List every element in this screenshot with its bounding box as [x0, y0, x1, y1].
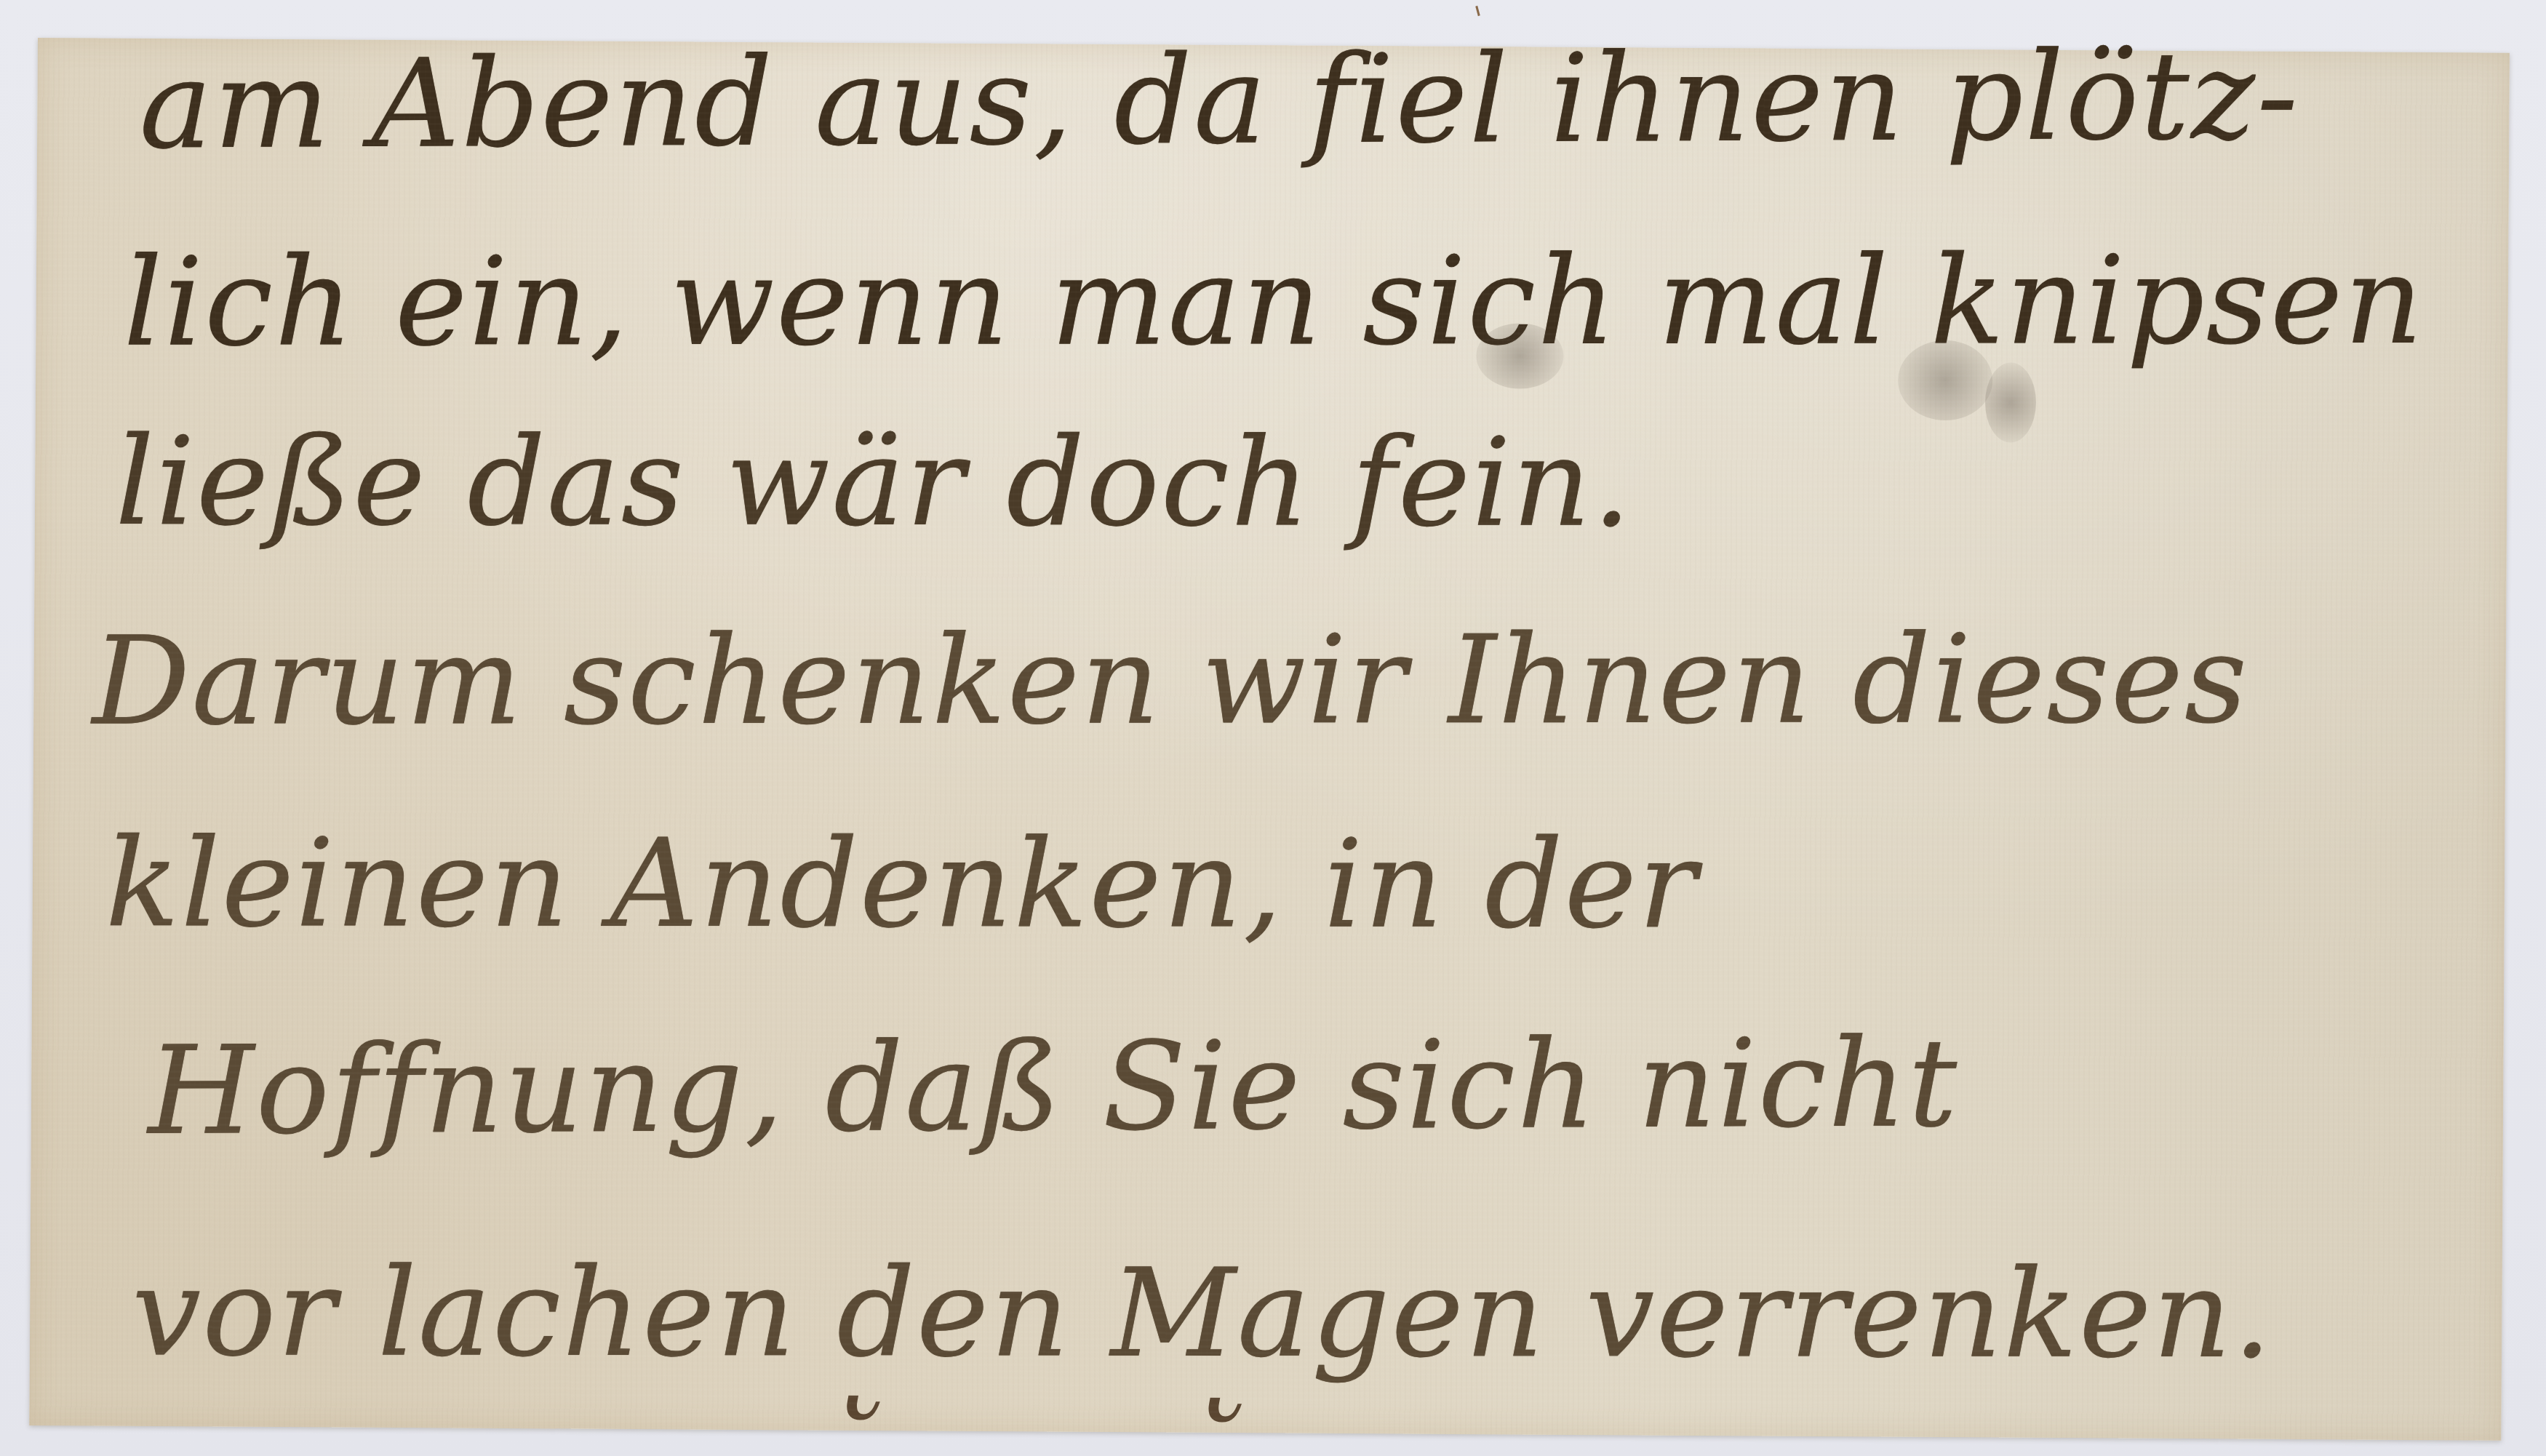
text-line-3: ließe das wär doch fein.	[115, 420, 1632, 544]
handwritten-note-card: am Abend aus, da fiel ihnen plötz- lich …	[29, 38, 2510, 1441]
text-line-2: lich ein, wenn man sich mal knipsen	[124, 239, 2425, 364]
text-line-6: Hoffnung, daß Sie sich nicht	[148, 1022, 1959, 1152]
text-line-7: vor lachen den Magen verrenken.	[132, 1252, 2273, 1376]
ink-smudge	[1476, 323, 1564, 389]
ink-smudge	[1985, 362, 2037, 442]
ink-smudge	[1898, 340, 1993, 421]
text-line-1: am Abend aus, da fiel ihnen plötz-	[139, 34, 2299, 166]
text-line-5: kleinen Andenken, in der	[105, 822, 1699, 945]
text-line-4: Darum schenken wir Ihnen dieses	[92, 618, 2249, 743]
text-line-8-cutoff: ℓ ℓ	[757, 1395, 1775, 1436]
